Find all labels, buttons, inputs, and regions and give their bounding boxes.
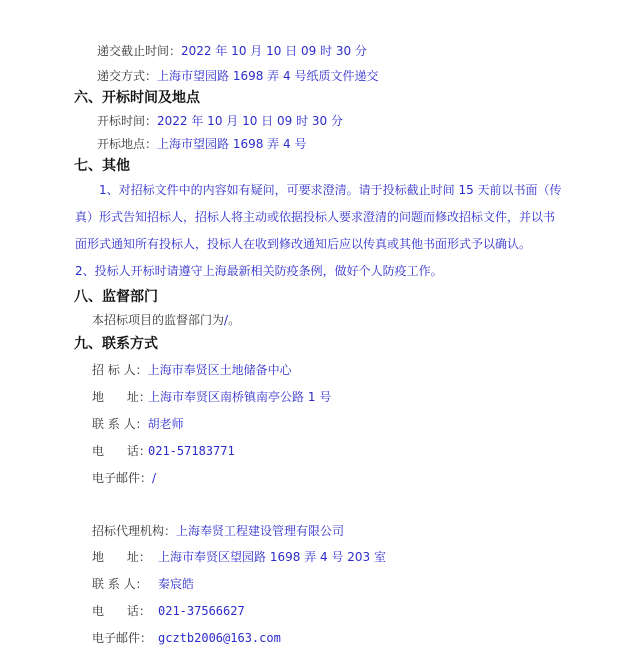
tenderer-name-row: 招 标 人：上海市奉贤区土地储备中心: [92, 362, 292, 378]
submission-deadline-label: 递交截止时间：: [97, 44, 181, 58]
tenderer-phone-value: 021-57183771: [148, 444, 235, 458]
submission-deadline-value: 2022 年 10 月 10 日 09 时 30 分: [181, 44, 367, 58]
agency-name-label: 招标代理机构：: [92, 524, 176, 538]
submission-deadline-row: 递交截止时间：2022 年 10 月 10 日 09 时 30 分: [97, 43, 367, 59]
agency-address-row: 地 址：上海市奉贤区望园路 1698 弄 4 号 203 室: [92, 549, 386, 565]
agency-contact-value: 秦宸皓: [158, 577, 194, 591]
section-9-title: 九、联系方式: [74, 335, 158, 353]
agency-email-value[interactable]: gcztb2006@163.com: [158, 631, 281, 645]
opening-place-value: 上海市望园路 1698 弄 4 号: [157, 137, 306, 151]
submission-method-row: 递交方式：上海市望园路 1698 弄 4 号纸质文件递交: [97, 68, 378, 84]
tenderer-address-value: 上海市奉贤区南桥镇南亭公路 1 号: [148, 390, 331, 404]
agency-email-row: 电子邮件：gcztb2006@163.com: [92, 630, 281, 646]
section-6-title: 六、开标时间及地点: [74, 89, 200, 107]
opening-place-row: 开标地点：上海市望园路 1698 弄 4 号: [97, 136, 306, 152]
tenderer-contact-label: 联 系 人：: [92, 417, 148, 431]
section-7-title: 七、其他: [74, 157, 130, 175]
agency-contact-row: 联 系 人：秦宸皓: [92, 576, 194, 592]
agency-address-label: 地 址：: [92, 549, 158, 565]
other-item-2: 2、投标人开标时请遵守上海最新相关防疫条例，做好个人防疫工作。: [75, 263, 443, 279]
agency-phone-label: 电 话：: [92, 603, 158, 619]
other-item-1-line-3: 面形式通知所有投标人，投标人在收到修改通知后应以传真或其他书面形式予以确认。: [75, 236, 531, 252]
agency-address-value: 上海市奉贤区望园路 1698 弄 4 号 203 室: [158, 550, 386, 564]
section-8-title: 八、监督部门: [74, 288, 158, 306]
agency-name-value: 上海奉贤工程建设管理有限公司: [176, 524, 344, 538]
tenderer-phone-label: 电 话：: [92, 443, 148, 459]
opening-time-row: 开标时间：2022 年 10 月 10 日 09 时 30 分: [97, 113, 343, 129]
tenderer-name-value: 上海市奉贤区土地储备中心: [148, 363, 292, 377]
supervision-text: 本招标项目的监督部门为/。: [92, 312, 240, 328]
supervision-prefix: 本招标项目的监督部门为: [92, 313, 224, 327]
agency-email-label: 电子邮件：: [92, 630, 158, 646]
tenderer-email-value: /: [152, 471, 156, 485]
submission-method-value: 上海市望园路 1698 弄 4 号纸质文件递交: [157, 69, 378, 83]
tenderer-email-row: 电子邮件：/: [92, 470, 156, 486]
supervision-suffix: 。: [228, 313, 240, 327]
tenderer-phone-row: 电 话：021-57183771: [92, 443, 235, 459]
tenderer-contact-value: 胡老师: [148, 417, 184, 431]
agency-name-row: 招标代理机构：上海奉贤工程建设管理有限公司: [92, 523, 344, 539]
opening-time-value: 2022 年 10 月 10 日 09 时 30 分: [157, 114, 343, 128]
agency-phone-value: 021-37566627: [158, 604, 245, 618]
tenderer-address-row: 地 址：上海市奉贤区南桥镇南亭公路 1 号: [92, 389, 331, 405]
other-item-1-line-2: 真）形式告知招标人，招标人将主动或依据投标人要求澄清的问题而修改招标文件，并以书: [75, 209, 555, 225]
tenderer-address-label: 地 址：: [92, 389, 148, 405]
tenderer-name-label: 招 标 人：: [92, 363, 148, 377]
opening-time-label: 开标时间：: [97, 114, 157, 128]
opening-place-label: 开标地点：: [97, 137, 157, 151]
other-item-1-line-1: 1、对招标文件中的内容如有疑问，可要求澄清。请于投标截止时间 15 天前以书面（…: [99, 182, 562, 198]
submission-method-label: 递交方式：: [97, 69, 157, 83]
tenderer-email-label: 电子邮件：: [92, 471, 152, 485]
agency-contact-label: 联 系 人：: [92, 576, 158, 592]
agency-phone-row: 电 话：021-37566627: [92, 603, 245, 619]
tenderer-contact-row: 联 系 人：胡老师: [92, 416, 184, 432]
